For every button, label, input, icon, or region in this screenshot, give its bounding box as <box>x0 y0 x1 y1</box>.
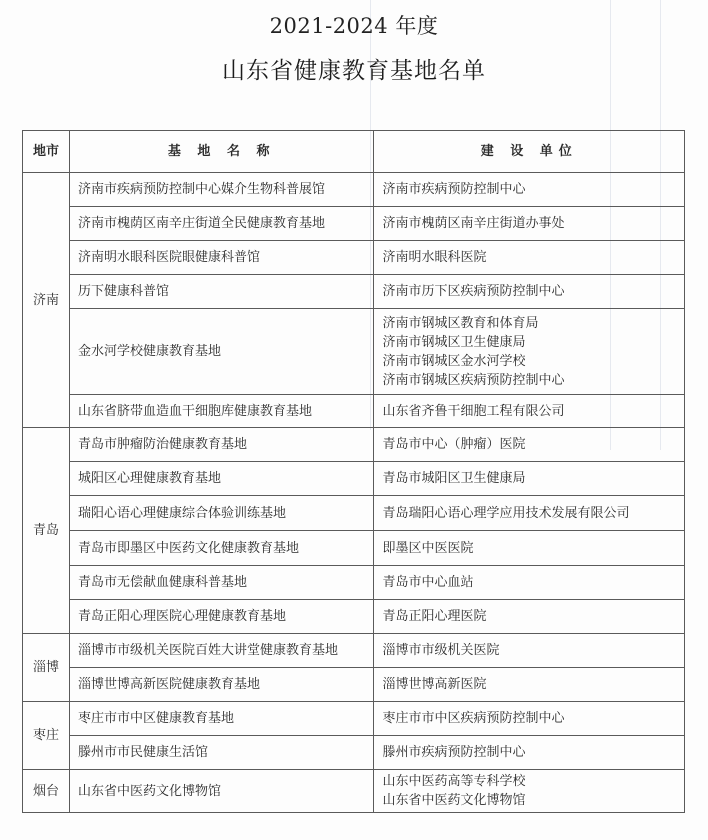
table-row: 瑞阳心语心理健康综合体验训练基地 青岛瑞阳心语心理学应用技术发展有限公司 <box>23 496 685 531</box>
unit-line: 济南市钢城区卫生健康局 <box>382 333 676 352</box>
header-unit: 建 设 单位 <box>374 131 685 173</box>
base-name-cell: 淄博世博高新医院健康教育基地 <box>69 668 374 702</box>
city-cell: 青岛 <box>23 428 70 634</box>
table-row: 烟台 山东省中医药文化博物馆 山东中医药高等专科学校 山东省中医药文化博物馆 <box>23 770 685 813</box>
city-cell: 济南 <box>23 173 70 428</box>
table-row: 青岛正阳心理医院心理健康教育基地 青岛正阳心理医院 <box>23 600 685 634</box>
health-education-base-table: 地市 基 地 名 称 建 设 单位 济南 济南市疾病预防控制中心媒介生物科普展馆… <box>22 130 685 813</box>
table-row: 济南 济南市疾病预防控制中心媒介生物科普展馆 济南市疾病预防控制中心 <box>23 173 685 207</box>
base-name-cell: 瑞阳心语心理健康综合体验训练基地 <box>69 496 374 531</box>
unit-cell: 滕州市疾病预防控制中心 <box>374 736 685 770</box>
unit-line: 山东省中医药文化博物馆 <box>382 791 676 810</box>
unit-line: 山东中医药高等专科学校 <box>382 772 676 791</box>
unit-cell: 即墨区中医医院 <box>374 531 685 566</box>
unit-line: 济南市钢城区疾病预防控制中心 <box>382 371 676 390</box>
unit-cell: 青岛瑞阳心语心理学应用技术发展有限公司 <box>374 496 685 531</box>
unit-cell: 济南市槐荫区南辛庄街道办事处 <box>374 207 685 241</box>
base-name-cell: 青岛正阳心理医院心理健康教育基地 <box>69 600 374 634</box>
base-name-cell: 金水河学校健康教育基地 <box>69 309 374 395</box>
unit-cell: 济南市钢城区教育和体育局 济南市钢城区卫生健康局 济南市钢城区金水河学校 济南市… <box>374 309 685 395</box>
unit-cell: 青岛正阳心理医院 <box>374 600 685 634</box>
table-row: 山东省脐带血造血干细胞库健康教育基地 山东省齐鲁干细胞工程有限公司 <box>23 395 685 428</box>
city-cell: 烟台 <box>23 770 70 813</box>
base-name-cell: 青岛市无偿献血健康科普基地 <box>69 566 374 600</box>
table-row: 淄博世博高新医院健康教育基地 淄博世博高新医院 <box>23 668 685 702</box>
unit-cell: 山东省齐鲁干细胞工程有限公司 <box>374 395 685 428</box>
base-name-cell: 济南市槐荫区南辛庄街道全民健康教育基地 <box>69 207 374 241</box>
table-row: 淄博 淄博市市级机关医院百姓大讲堂健康教育基地 淄博市市级机关医院 <box>23 634 685 668</box>
city-cell: 淄博 <box>23 634 70 702</box>
unit-cell: 青岛市城阳区卫生健康局 <box>374 462 685 496</box>
base-name-cell: 枣庄市市中区健康教育基地 <box>69 702 374 736</box>
unit-cell: 青岛市中心血站 <box>374 566 685 600</box>
unit-cell: 济南市历下区疾病预防控制中心 <box>374 275 685 309</box>
base-name-cell: 青岛市肿瘤防治健康教育基地 <box>69 428 374 462</box>
table-row: 济南明水眼科医院眼健康科普馆 济南明水眼科医院 <box>23 241 685 275</box>
unit-cell: 济南市疾病预防控制中心 <box>374 173 685 207</box>
unit-cell: 枣庄市市中区疾病预防控制中心 <box>374 702 685 736</box>
unit-line: 济南市钢城区教育和体育局 <box>382 314 676 333</box>
table-header-row: 地市 基 地 名 称 建 设 单位 <box>23 131 685 173</box>
city-cell: 枣庄 <box>23 702 70 770</box>
document-title: 山东省健康教育基地名单 <box>0 52 708 85</box>
table-row: 枣庄 枣庄市市中区健康教育基地 枣庄市市中区疾病预防控制中心 <box>23 702 685 736</box>
document-title-year: 2021-2024 年度 <box>0 10 708 40</box>
base-name-cell: 青岛市即墨区中医药文化健康教育基地 <box>69 531 374 566</box>
table-row: 滕州市市民健康生活馆 滕州市疾病预防控制中心 <box>23 736 685 770</box>
base-name-cell: 滕州市市民健康生活馆 <box>69 736 374 770</box>
base-name-cell: 山东省中医药文化博物馆 <box>69 770 374 813</box>
table-row: 历下健康科普馆 济南市历下区疾病预防控制中心 <box>23 275 685 309</box>
base-name-cell: 济南明水眼科医院眼健康科普馆 <box>69 241 374 275</box>
unit-cell: 青岛市中心（肿瘤）医院 <box>374 428 685 462</box>
header-base-name: 基 地 名 称 <box>69 131 374 173</box>
table-row: 青岛市无偿献血健康科普基地 青岛市中心血站 <box>23 566 685 600</box>
base-name-cell: 淄博市市级机关医院百姓大讲堂健康教育基地 <box>69 634 374 668</box>
unit-cell: 山东中医药高等专科学校 山东省中医药文化博物馆 <box>374 770 685 813</box>
unit-cell: 济南明水眼科医院 <box>374 241 685 275</box>
unit-cell: 淄博市市级机关医院 <box>374 634 685 668</box>
base-name-cell: 城阳区心理健康教育基地 <box>69 462 374 496</box>
base-name-cell: 山东省脐带血造血干细胞库健康教育基地 <box>69 395 374 428</box>
table-row: 城阳区心理健康教育基地 青岛市城阳区卫生健康局 <box>23 462 685 496</box>
unit-cell: 淄博世博高新医院 <box>374 668 685 702</box>
unit-line: 济南市钢城区金水河学校 <box>382 352 676 371</box>
table-row: 青岛市即墨区中医药文化健康教育基地 即墨区中医医院 <box>23 531 685 566</box>
base-name-cell: 济南市疾病预防控制中心媒介生物科普展馆 <box>69 173 374 207</box>
header-city: 地市 <box>23 131 70 173</box>
base-name-cell: 历下健康科普馆 <box>69 275 374 309</box>
table-row: 金水河学校健康教育基地 济南市钢城区教育和体育局 济南市钢城区卫生健康局 济南市… <box>23 309 685 395</box>
table-row: 济南市槐荫区南辛庄街道全民健康教育基地 济南市槐荫区南辛庄街道办事处 <box>23 207 685 241</box>
table-row: 青岛 青岛市肿瘤防治健康教育基地 青岛市中心（肿瘤）医院 <box>23 428 685 462</box>
